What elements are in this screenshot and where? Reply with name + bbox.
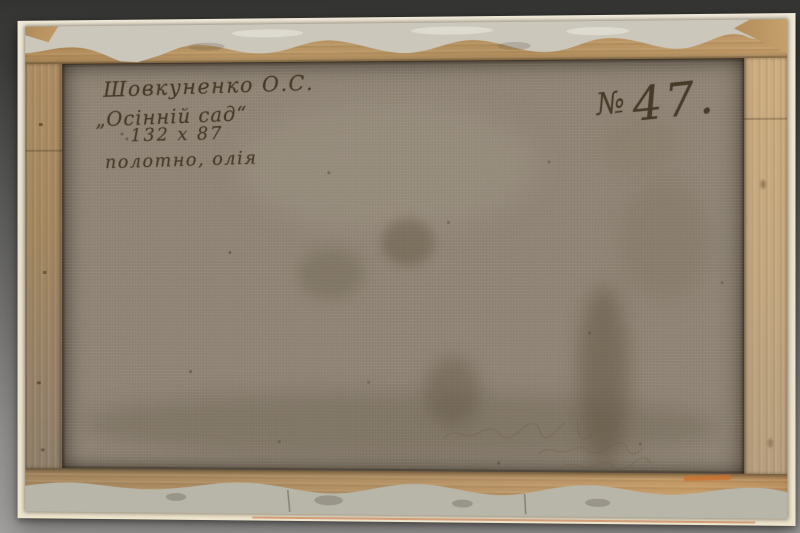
stretcher-bar-top — [25, 19, 787, 64]
stain — [238, 100, 537, 231]
canvas-back: Шовкуненко О.С. „Осінній сад“ 132 х 87 п… — [62, 58, 744, 474]
stretcher-bar-left — [25, 64, 62, 468]
canvas-fold-bottom — [25, 468, 787, 519]
tack-marks — [39, 123, 43, 126]
faint-inscription — [441, 418, 706, 474]
dirt-specks — [121, 133, 124, 136]
stretcher-bar-right — [744, 58, 787, 474]
stretcher-bar-bottom — [25, 468, 787, 519]
wood-knots — [761, 180, 766, 189]
dimensions-inscription: 132 х 87 — [130, 123, 223, 146]
stain — [619, 180, 711, 301]
stain — [298, 249, 364, 299]
stretcher-frame: Шовкуненко О.С. „Осінній сад“ 132 х 87 п… — [25, 19, 787, 519]
wood-seam — [744, 118, 787, 120]
canvas-fold-top — [25, 19, 787, 64]
inventory-number-value: 47. — [630, 69, 719, 132]
photo-backdrop: Шовкуненко О.С. „Осінній сад“ 132 х 87 п… — [0, 0, 800, 533]
painting-verso: Шовкуненко О.С. „Осінній сад“ 132 х 87 п… — [18, 13, 796, 526]
stain — [382, 219, 434, 265]
numero-sign: № — [594, 84, 628, 122]
wood-seam — [25, 150, 62, 152]
wood-grain — [744, 58, 787, 474]
wood-grain — [25, 64, 62, 468]
